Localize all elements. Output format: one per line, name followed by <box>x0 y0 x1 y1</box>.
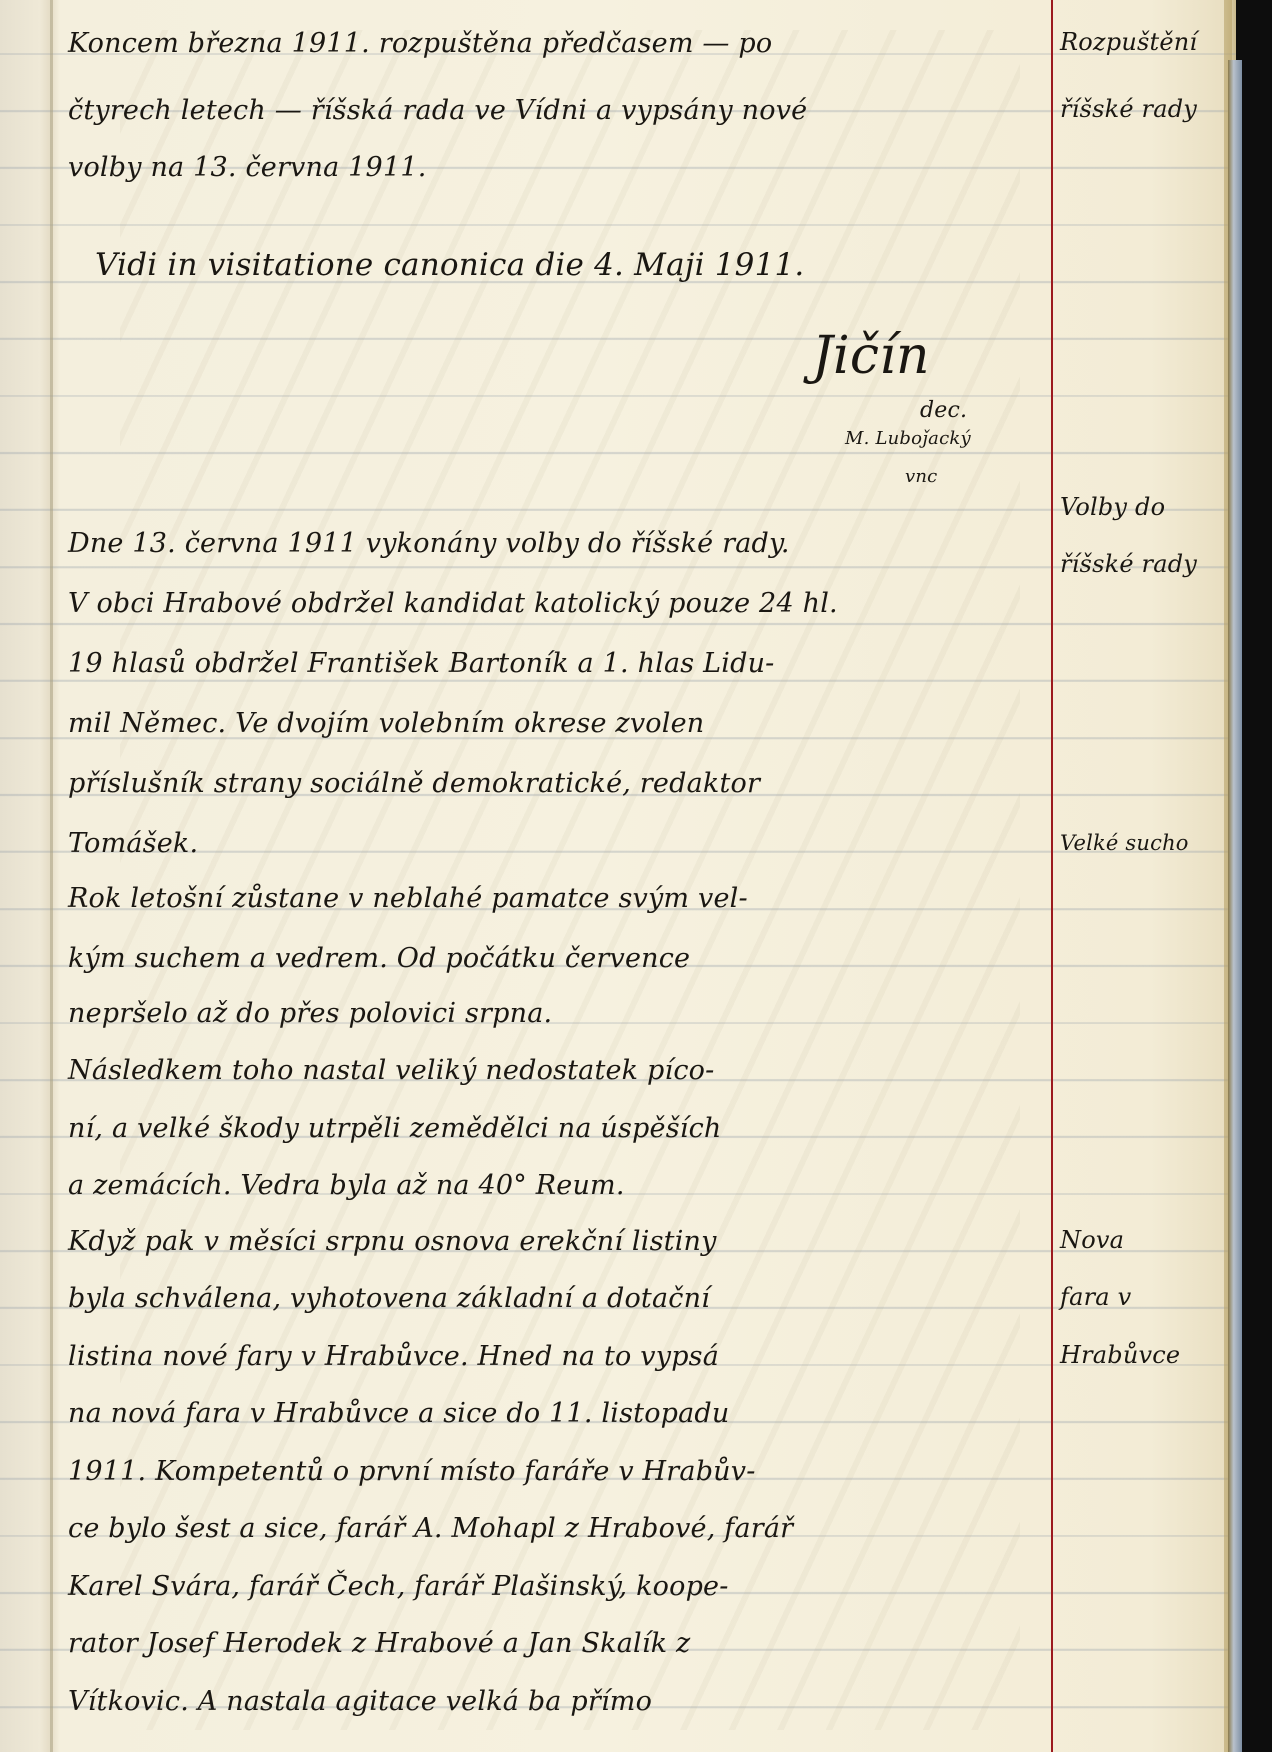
red-margin-line <box>1051 0 1053 1752</box>
signature-secondary: M. Luboǰacký <box>845 430 971 448</box>
margin-note-elections: říšské rady <box>1060 552 1197 576</box>
text-line: V obci Hrabové obdržel kandidat katolick… <box>68 590 838 617</box>
text-line: a zemácích. Vedra byla až na 40° Reum. <box>68 1172 625 1199</box>
visitation-note: Vidi in visitatione canonica die 4. Maji… <box>95 250 805 281</box>
signature-dean: Jičín <box>812 330 930 382</box>
text-line: Karel Svára, farář Čech, farář Plašinský… <box>68 1573 729 1600</box>
text-line: čtyrech letech — říšská rada ve Vídni a … <box>68 97 807 124</box>
text-line: listina nové fary v Hrabůvce. Hned na to… <box>68 1343 719 1370</box>
text-line: Následkem toho nastal veliký nedostatek … <box>68 1057 714 1084</box>
margin-note-elections: Volby do <box>1060 495 1165 519</box>
margin-note-drought: Velké sucho <box>1060 833 1189 854</box>
text-line: 1911. Kompetentů o první místo faráře v … <box>68 1458 756 1485</box>
text-line: Vítkovic. A nastala agitace velká ba pří… <box>68 1688 652 1715</box>
margin-note-dissolution: říšské rady <box>1060 97 1197 121</box>
margin-note-new-parish: Hrabůvce <box>1060 1343 1180 1367</box>
text-line: Dne 13. června 1911 vykonány volby do ří… <box>68 530 790 557</box>
text-line: kým suchem a vedrem. Od počátku července <box>68 945 690 972</box>
book-cover-edge <box>1228 60 1242 1752</box>
text-line: volby na 13. června 1911. <box>68 154 426 181</box>
text-line: Tomášek. <box>68 830 198 857</box>
text-line: na nová fara v Hrabůvce a sice do 11. li… <box>68 1400 730 1427</box>
text-line: ce bylo šest a sice, farář A. Mohapl z H… <box>68 1515 793 1542</box>
text-line: mil Němec. Ve dvojím volebním okrese zvo… <box>68 710 704 737</box>
gutter-fold <box>50 0 53 1752</box>
text-line: Rok letošní zůstane v neblahé pamatce sv… <box>68 885 748 912</box>
text-line: nepršelo až do přes polovici srpna. <box>68 1000 552 1027</box>
text-line: příslušník strany sociálně demokratické,… <box>68 770 760 797</box>
text-line: rator Josef Herodek z Hrabové a Jan Skal… <box>68 1630 690 1657</box>
text-line: 19 hlasů obdržel František Bartoník a 1.… <box>68 650 775 677</box>
chronicle-page: Koncem března 1911. rozpuštěna předčasem… <box>0 0 1236 1752</box>
signature-dean-title: dec. <box>920 400 967 422</box>
margin-note-dissolution: Rozpuštění <box>1060 30 1197 54</box>
text-line: Když pak v měsíci srpnu osnova erekční l… <box>68 1228 717 1255</box>
text-line: byla schválena, vyhotovena základní a do… <box>68 1285 710 1312</box>
text-line: Koncem března 1911. rozpuštěna předčasem… <box>68 30 772 57</box>
margin-note-new-parish: Nova <box>1060 1228 1124 1252</box>
margin-note-new-parish: fara v <box>1060 1285 1131 1309</box>
text-line: ní, a velké škody utrpěli zemědělci na ú… <box>68 1115 722 1142</box>
signature-secondary-title: vnc <box>905 468 937 486</box>
